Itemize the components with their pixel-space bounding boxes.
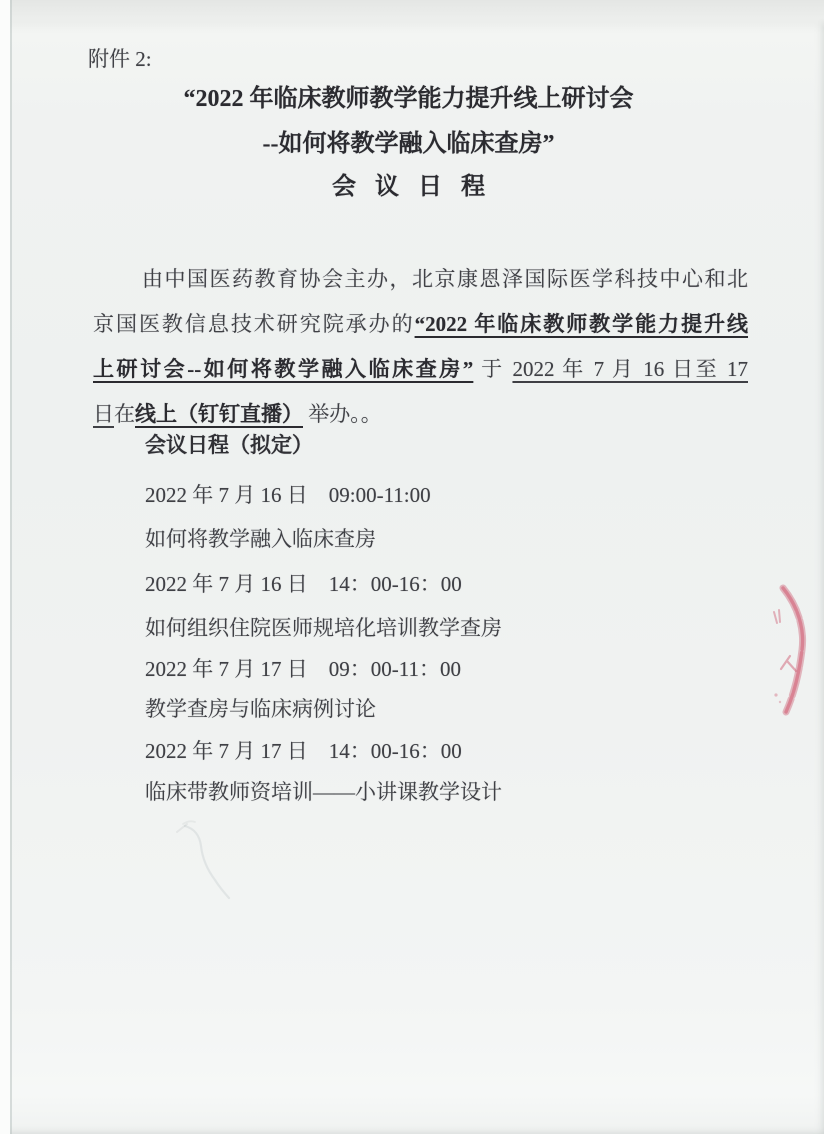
document-content: 附件 2: “2022 年临床教师教学能力提升线上研讨会 --如何将教学融入临床… [93, 0, 748, 1134]
page-left-edge-line [10, 0, 12, 1134]
intro-platform-underlined: 线上（钉钉直播） [135, 402, 303, 426]
document-title-line3: 会 议 日 程 [93, 172, 724, 202]
document-title-line1: “2022 年临床教师教学能力提升线上研讨会 [93, 84, 724, 114]
intro-date-underlined: 2022 年 7 月 16 日至 17 [512, 357, 748, 381]
intro-text: 由中国医药教育协会主办，北京康恩泽国际医学科技中心和北 [142, 267, 748, 291]
intro-line-4: 日在线上（钉钉直播） 举办。。 [93, 399, 748, 429]
intro-text: 举办。。 [303, 402, 382, 426]
intro-text: 京国医教信息技术研究院承办的 [93, 312, 415, 336]
intro-title-quote: “2022 年临床教师教学能力提升线 [415, 312, 748, 336]
scanned-document-page: 附件 2: “2022 年临床教师教学能力提升线上研讨会 --如何将教学融入临床… [0, 0, 824, 1134]
agenda-session-3-topic: 教学查房与临床病例讨论 [145, 694, 376, 724]
red-seal-stamp-edge [750, 570, 824, 720]
intro-text: 于 [473, 357, 512, 381]
pencil-smudge [163, 812, 248, 907]
intro-date-underlined: 日 [93, 402, 114, 426]
attachment-label: 附件 2: [88, 44, 152, 74]
agenda-session-2-topic: 如何组织住院医师规培化培训教学查房 [145, 613, 502, 643]
intro-line-2: 京国医教信息技术研究院承办的“2022 年临床教师教学能力提升线 [93, 309, 748, 339]
intro-line-1: 由中国医药教育协会主办，北京康恩泽国际医学科技中心和北 [93, 264, 748, 294]
agenda-heading: 会议日程（拟定） [145, 430, 313, 460]
page-left-edge [0, 0, 10, 1134]
agenda-session-4-time: 2022 年 7 月 17 日 14：00-16：00 [145, 736, 462, 766]
intro-text: 在 [114, 402, 135, 426]
document-title-line2: --如何将教学融入临床查房” [93, 129, 724, 159]
intro-title-quote: 上研讨会--如何将教学融入临床查房” [93, 357, 473, 381]
agenda-session-1-topic: 如何将教学融入临床查房 [145, 524, 376, 554]
agenda-session-2-time: 2022 年 7 月 16 日 14：00-16：00 [145, 569, 462, 599]
agenda-session-4-topic: 临床带教师资培训——小讲课教学设计 [145, 777, 502, 807]
agenda-session-3-time: 2022 年 7 月 17 日 09：00-11：00 [145, 654, 461, 684]
agenda-session-1-time: 2022 年 7 月 16 日 09:00-11:00 [145, 480, 431, 510]
intro-line-3: 上研讨会--如何将教学融入临床查房” 于 2022 年 7 月 16 日至 17 [93, 354, 748, 384]
